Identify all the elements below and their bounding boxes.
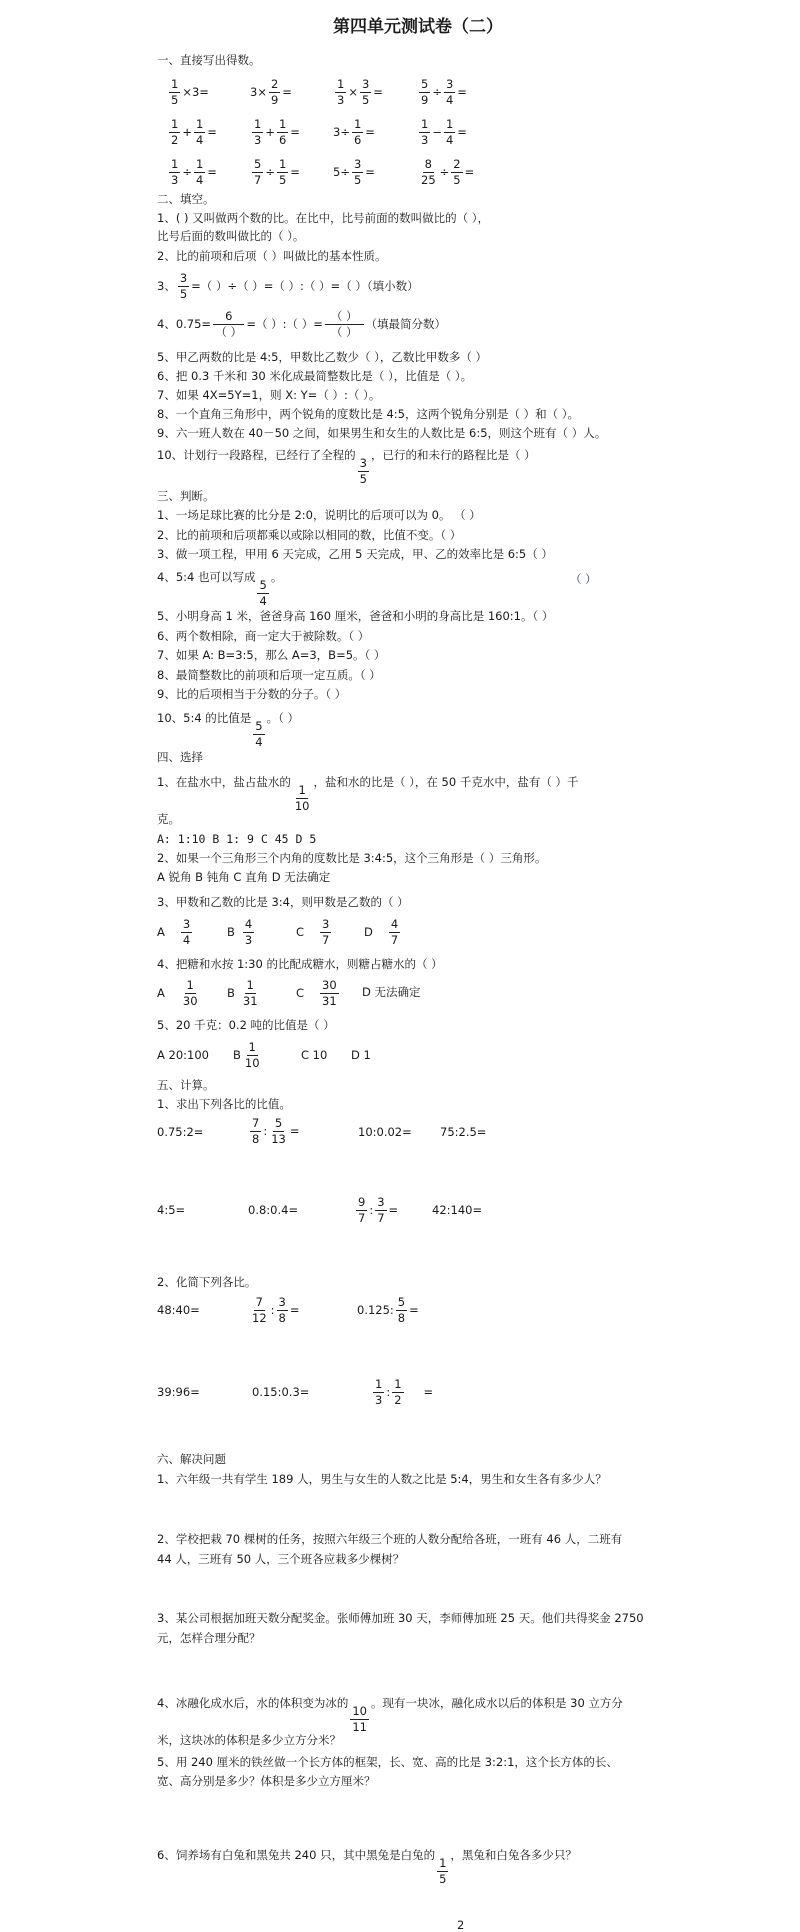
problem-q1: 1、六年级一共有学生 189 人，男生与女生的人数之比是 5:4，男生和女生各有… <box>157 1472 607 1486</box>
judge-q3: 3、做一项工程，甲用 6 天完成，乙用 5 天完成，甲、乙的效率比是 6:5（ … <box>157 547 553 561</box>
fraction: 34 <box>444 77 455 108</box>
problem-q4-line2: 米，这块冰的体积是多少立方分米？ <box>157 1733 341 1747</box>
fill-q3: 3、35=（ ）÷（ ）=（ ）:（ ）=（ ）（填小数） <box>157 271 419 302</box>
judge-q5: 5、小明身高 1 米，爸爸身高 160 厘米，爸爸和小明的身高比是 160:1。… <box>157 609 553 623</box>
judge-q4: 4、5:4 也可以写成54。 <box>157 570 282 609</box>
problem-q3-line2: 元，怎样合理分配？ <box>157 1631 261 1645</box>
fraction: 59 <box>419 77 430 108</box>
judge-q1: 1、一场足球比赛的比分是 2:0，说明比的后项可以为 0。 （ ） <box>157 508 481 522</box>
choice-q2-options: A 锐角 B 钝角 C 直角 D 无法确定 <box>157 870 330 884</box>
calc-sub2: 2、化简下列各比。 <box>157 1275 256 1289</box>
fraction: 35 <box>360 77 371 108</box>
problem-q2-line2: 44 人，三班有 50 人，三个班各应栽多少棵树？ <box>157 1552 404 1566</box>
choice-q1: 1、在盐水中，盐占盐水的110，盐和水的比是（ ），在 50 千克水中，盐有（ … <box>157 775 578 814</box>
judge-q2: 2、比的前项和后项都乘以或除以相同的数，比值不变。（ ） <box>157 528 461 542</box>
problem-q5-line2: 宽、高分别是多少？体积是多少立方厘米？ <box>157 1774 376 1788</box>
section-3-heading: 三、判断。 <box>157 489 215 503</box>
fill-q8: 8、一个直角三角形中，两个锐角的度数比是 4:5，这两个锐角分别是（ ）和（ ）… <box>157 407 579 421</box>
page-title: 第四单元测试卷（二） <box>333 20 503 34</box>
section-4-heading: 四、选择 <box>157 750 203 764</box>
fill-q9: 9、六一班人数在 40－50 之间，如果男生和女生的人数比是 6:5，则这个班有… <box>157 426 606 440</box>
section-5-heading: 五、计算。 <box>157 1078 215 1092</box>
fraction: 29 <box>269 77 280 108</box>
problem-q7-partial-fraction: 2 <box>457 1918 464 1932</box>
problem-q5-line1: 5、用 240 厘米的铁丝做一个长方体的框架，长、宽、高的比是 3:2:1，这个… <box>157 1755 618 1769</box>
choice-q1-cont: 克。 <box>157 812 180 826</box>
section-6-heading: 六、解决问题 <box>157 1452 226 1466</box>
problem-q3-line1: 3、某公司根据加班天数分配奖金。张师傅加班 30 天，李师傅加班 25 天。他们… <box>157 1611 644 1625</box>
section-1-heading: 一、直接写出得数。 <box>157 53 261 67</box>
section-2-heading: 二、填空。 <box>157 192 215 206</box>
judge-q10: 10、5:4 的比值是54。（ ） <box>157 711 299 750</box>
judge-q4-answer-paren: （ ） <box>570 572 597 586</box>
judge-q8: 8、最简整数比的前项和后项一定互质。（ ） <box>157 668 381 682</box>
fill-q7: 7、如果 4X=5Y=1，则 X: Y=（ ）:（ ）。 <box>157 388 380 402</box>
judge-q9: 9、比的后项相当于分数的分子。（ ） <box>157 687 346 701</box>
fill-q1-line1: 1、( ) 又叫做两个数的比。在比中，比号前面的数叫做比的（ ）， <box>157 211 489 225</box>
fill-q10: 10、计划行一段路程，已经行了全程的35，已行的和未行的路程比是（ ） <box>157 448 536 487</box>
fill-q2: 2、比的前项和后项（ ）叫做比的基本性质。 <box>157 249 386 263</box>
choice-q1-options: A: 1:10 B 1: 9 C 45 D 5 <box>157 832 316 846</box>
fill-q1-line2: 比号后面的数叫做比的（ ）。 <box>157 229 304 243</box>
choice-q4: 4、把糖和水按 1:30 的比配成糖水，则糖占糖水的（ ） <box>157 957 443 971</box>
fraction: 15 <box>169 77 180 108</box>
calc-sub1: 1、求出下列各比的比值。 <box>157 1097 291 1111</box>
fill-q6: 6、把 0.3 千米和 30 米化成最简整数比是（ ），比值是（ ）。 <box>157 369 472 383</box>
fill-q5: 5、甲乙两数的比是 4:5，甲数比乙数少（ ），乙数比甲数多（ ） <box>157 350 487 364</box>
problem-q4-line1: 4、冰融化成水后，水的体积变为冰的1011。现有一块冰，融化成水以后的体积是 3… <box>157 1696 623 1735</box>
fill-q4: 4、0.75=6（ ）=（ ）:（ ）=（ ）（ ）（填最简分数） <box>157 309 446 340</box>
problem-q2-line1: 2、学校把栽 70 棵树的任务，按照六年级三个班的人数分配给各班，一班有 46 … <box>157 1532 622 1546</box>
choice-q5: 5、20 千克：0.2 吨的比值是（ ） <box>157 1018 335 1032</box>
judge-q7: 7、如果 A: B=3:5，那么 A=3，B=5。（ ） <box>157 648 385 662</box>
choice-q3: 3、甲数和乙数的比是 3:4，则甲数是乙数的（ ） <box>157 895 409 909</box>
fraction: 13 <box>335 77 346 108</box>
problem-q6: 6、饲养场有白兔和黑兔共 240 只，其中黑兔是白兔的15，黑兔和白兔各多少只？ <box>157 1848 577 1887</box>
choice-q2: 2、如果一个三角形三个内角的度数比是 3:4:5，这个三角形是（ ）三角形。 <box>157 851 546 865</box>
judge-q6: 6、两个数相除，商一定大于被除数。（ ） <box>157 629 369 643</box>
